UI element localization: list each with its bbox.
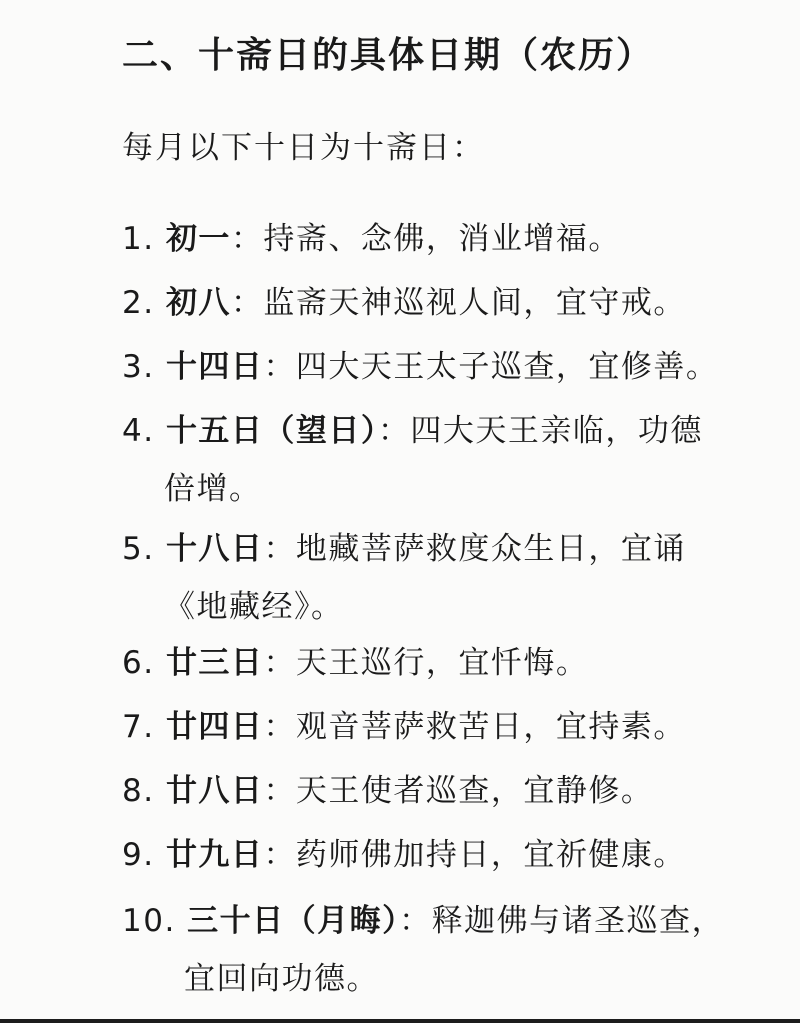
item-description: ：地藏菩萨救度众生日，宜诵 — [263, 531, 686, 567]
item-day: 廿九日 — [166, 837, 264, 873]
bottom-edge-bar — [0, 1019, 800, 1023]
section-title: 二、十斋日的具体日期（农历） — [122, 30, 654, 82]
list-item: 4. 十五日（望日）：四大天王亲临，功德 倍增。 — [122, 402, 782, 518]
list-item: 9. 廿九日：药师佛加持日，宜祈健康。 — [122, 826, 782, 884]
item-continuation: 倍增。 — [122, 460, 782, 518]
list-item: 1. 初一：持斋、念佛，消业增福。 — [122, 210, 782, 268]
item-continuation: 《地藏经》。 — [122, 578, 782, 636]
item-number: 10. — [122, 892, 176, 950]
list-item: 6. 廿三日：天王巡行，宜忏悔。 — [122, 634, 782, 692]
item-description: ：天王巡行，宜忏悔。 — [263, 645, 588, 681]
item-day: 十四日 — [166, 349, 264, 385]
item-day: 廿四日 — [166, 709, 264, 745]
item-day: 廿八日 — [166, 773, 264, 809]
item-day: 十五日（望日） — [166, 413, 378, 449]
list-item: 3. 十四日：四大天王太子巡查，宜修善。 — [122, 338, 782, 396]
item-description: ：天王使者巡查，宜静修。 — [263, 773, 653, 809]
item-description: ：释迦佛与诸圣巡查， — [399, 903, 724, 939]
item-day: 三十日（月晦） — [187, 903, 399, 939]
item-description: ：四大天王太子巡查，宜修善。 — [263, 349, 718, 385]
item-number: 4. — [122, 402, 155, 460]
item-number: 2. — [122, 274, 155, 332]
item-number: 6. — [122, 634, 155, 692]
item-number: 9. — [122, 826, 155, 884]
item-day: 十八日 — [166, 531, 264, 567]
item-number: 7. — [122, 698, 155, 756]
list-item: 5. 十八日：地藏菩萨救度众生日，宜诵 《地藏经》。 — [122, 520, 782, 636]
item-description: ：观音菩萨救苦日，宜持素。 — [263, 709, 686, 745]
item-continuation: 宜回向功德。 — [122, 950, 782, 1008]
item-number: 5. — [122, 520, 155, 578]
list-item: 2. 初八：监斋天神巡视人间，宜守戒。 — [122, 274, 782, 332]
list-item: 7. 廿四日：观音菩萨救苦日，宜持素。 — [122, 698, 782, 756]
item-description: ：药师佛加持日，宜祈健康。 — [263, 837, 686, 873]
item-description: ：监斋天神巡视人间，宜守戒。 — [231, 285, 686, 321]
item-number: 3. — [122, 338, 155, 396]
list-item: 10. 三十日（月晦）：释迦佛与诸圣巡查， 宜回向功德。 — [122, 892, 782, 1008]
item-day: 初八 — [166, 285, 231, 321]
item-number: 8. — [122, 762, 155, 820]
document-page: 二、十斋日的具体日期（农历） 每月以下十日为十斋日： 1. 初一：持斋、念佛，消… — [0, 0, 800, 1019]
item-number: 1. — [122, 210, 155, 268]
item-description: ：持斋、念佛，消业增福。 — [231, 221, 621, 257]
item-day: 初一 — [166, 221, 231, 257]
intro-text: 每月以下十日为十斋日： — [122, 124, 485, 172]
list-item: 8. 廿八日：天王使者巡查，宜静修。 — [122, 762, 782, 820]
item-day: 廿三日 — [166, 645, 264, 681]
item-description: ：四大天王亲临，功德 — [378, 413, 703, 449]
